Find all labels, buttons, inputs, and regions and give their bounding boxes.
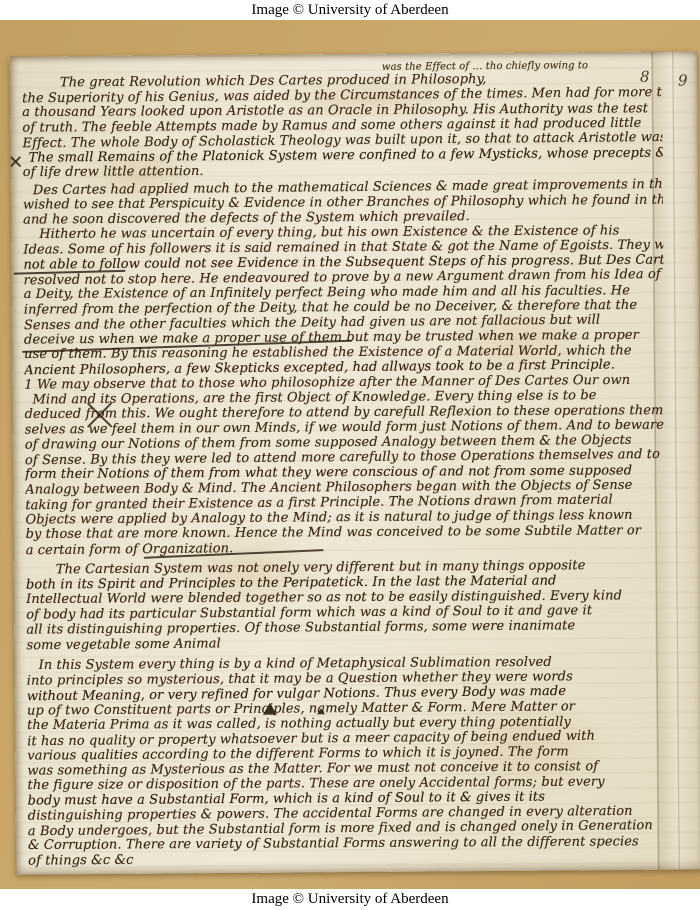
manuscript-page: 8 9 was the Effect of … tho chiefly owin… xyxy=(10,51,700,874)
page-number-9: 9 xyxy=(678,71,688,89)
page-edge-line xyxy=(672,51,680,869)
manuscript-photo: 8 9 was the Effect of … tho chiefly owin… xyxy=(0,20,700,889)
manuscript-lines: was the Effect of … tho chiefly owing to… xyxy=(22,60,668,869)
copyright-caption-top: Image © University of Aberdeen xyxy=(0,0,700,20)
ink-blot xyxy=(317,708,325,714)
copyright-caption-bottom: Image © University of Aberdeen xyxy=(0,889,700,910)
ink-blot xyxy=(263,703,277,715)
